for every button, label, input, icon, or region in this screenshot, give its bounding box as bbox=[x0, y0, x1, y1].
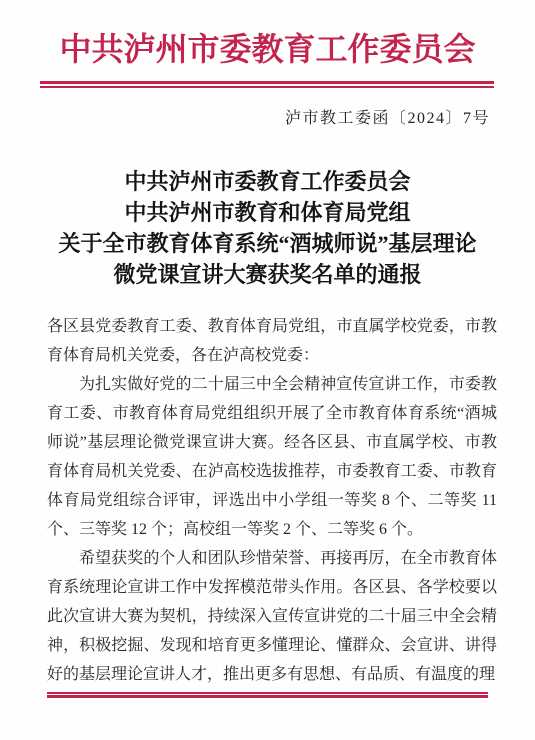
title-line-1: 中共泸州市委教育工作委员会 bbox=[0, 166, 535, 197]
document-body: 各区县党委教育工委、教育体育局党组，市直属学校党委，市教育体育局机关党委，各在泸… bbox=[47, 312, 497, 689]
document-title: 中共泸州市委教育工作委员会 中共泸州市教育和体育局党组 关于全市教育体育系统“酒… bbox=[0, 166, 535, 290]
letterhead-top-rule bbox=[40, 81, 494, 88]
document-page: 中共泸州市委教育工作委员会 泸市教工委函〔2024〕7号 中共泸州市委教育工作委… bbox=[0, 0, 535, 740]
doc-reference-number: 泸市教工委函〔2024〕7号 bbox=[0, 107, 535, 131]
footer-bottom-rule bbox=[47, 692, 488, 698]
body-paragraph-2: 希望获奖的个人和团队珍惜荣誉、再接再厉，在全市教育体育系统理论宣讲工作中发挥模范… bbox=[47, 544, 497, 689]
letterhead-org-name: 中共泸州市委教育工作委员会 bbox=[0, 0, 535, 71]
title-line-3: 关于全市教育体育系统“酒城师说”基层理论 bbox=[0, 228, 535, 259]
title-line-2: 中共泸州市教育和体育局党组 bbox=[0, 197, 535, 228]
body-paragraph-1: 为扎实做好党的二十届三中全会精神宣传宣讲工作，市委教育工委、市教育体育局党组组织… bbox=[47, 370, 497, 544]
salutation-paragraph: 各区县党委教育工委、教育体育局党组，市直属学校党委，市教育体育局机关党委，各在泸… bbox=[47, 312, 497, 370]
title-line-4: 微党课宣讲大赛获奖名单的通报 bbox=[0, 259, 535, 290]
